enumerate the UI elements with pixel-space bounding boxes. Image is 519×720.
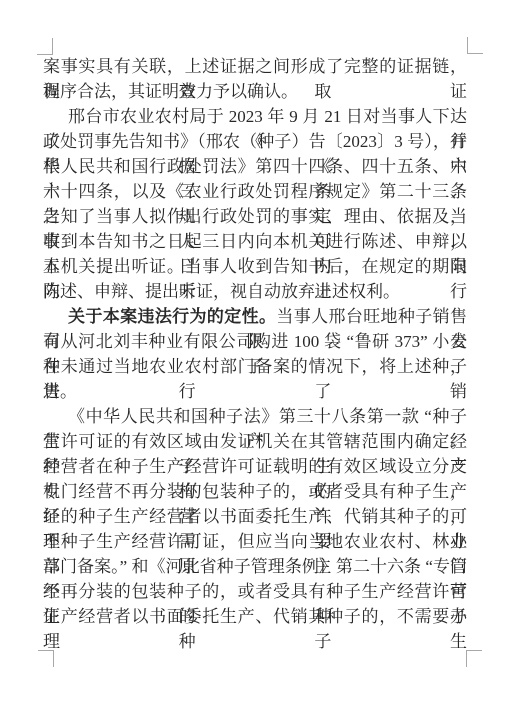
text-line: 在未通过当地农业农村部门备案的情况下，将上述种子进行了销: [43, 354, 467, 379]
text-block: 案事实具有关联，上述证据之间形成了完整的证据链，调查取证程序合法，其证明效力予以…: [43, 54, 467, 629]
text-line: 邢台市农业农村局于 2023 年 9 月 21 日对当事人下达了《行: [43, 104, 467, 129]
text-segment: 售。: [43, 382, 77, 401]
text-line: 专门经营不再分装的包装种子的，或者受具有种子生产经营许可: [43, 479, 467, 504]
bold-text-segment: 关于本案违法行为的定性。: [68, 307, 276, 326]
text-line: 司从河北刘丰种业有限公司购进 100 袋 “鲁研 373” 小麦种子，: [43, 329, 467, 354]
text-line: 经营者在种子生产经营许可证载明的有效区域设立分支机构的，: [43, 454, 467, 479]
text-line: 生产经营者以书面委托生产、代销其种子的，不需要办理种子生: [43, 604, 467, 629]
margin-crop-mark-top-left: [37, 38, 53, 55]
text-line: 政处罚事先告知书》（邢农（种子）告〔2023〕3 号），并根据《中: [43, 129, 467, 154]
text-line: 华人民共和国行政处罚法》第四十四条、四十五条、六十三条、: [43, 154, 467, 179]
text-line: 《中华人民共和国种子法》第三十八条第一款 “种子生产经: [43, 404, 467, 429]
margin-crop-mark-bottom-right: [466, 650, 482, 667]
text-segment: 生产经营者以书面委托生产、代销其种子的，不需要办理种子生: [43, 607, 467, 651]
text-line: 本机关提出听证。当事人收到告知书后，在规定的期限内未进行: [43, 254, 467, 279]
text-line: 关于本案违法行为的定性。当事人邢台旺地种子销售有限公: [43, 304, 467, 329]
margin-crop-mark-top-right: [467, 37, 483, 54]
text-line: 案事实具有关联，上述证据之间形成了完整的证据链，调查取证: [43, 54, 467, 79]
text-line: 证的种子生产经营者以书面委托生产、代销其种子的，不需要办: [43, 504, 467, 529]
text-line: 营许可证的有效区域由发证机关在其管辖范围内确定。种子生产: [43, 429, 467, 454]
text-segment: 陈述、申辩、提出听证，视自动放弃上述权利。: [43, 282, 400, 301]
text-line: 六十四条，以及《农业行政处罚程序规定》第二十三条之规定，: [43, 179, 467, 204]
document-page: 案事实具有关联，上述证据之间形成了完整的证据链，调查取证程序合法，其证明效力予以…: [0, 0, 519, 720]
text-line: 不再分装的包装种子的，或者受具有种子生产经营许可证的种子: [43, 579, 467, 604]
text-segment: 在未通过当地农业农村部门备案的情况下，将上述种子进行了销: [43, 357, 467, 401]
text-line: 理种子生产经营许可证，但应当向当地农业农村、林业草原主管: [43, 529, 467, 554]
text-line: 告知了当事人拟作出行政处罚的事实、理由、依据及当事人可以: [43, 204, 467, 229]
text-line: 部门备案。” 和《河北省种子管理条例》第二十六条 “专门经营: [43, 554, 467, 579]
text-line: 收到本告知书之日起三日内向本机关进行陈述、申辩，五日内向: [43, 229, 467, 254]
text-segment: 程序合法，其证明效力予以确认。: [43, 82, 298, 101]
